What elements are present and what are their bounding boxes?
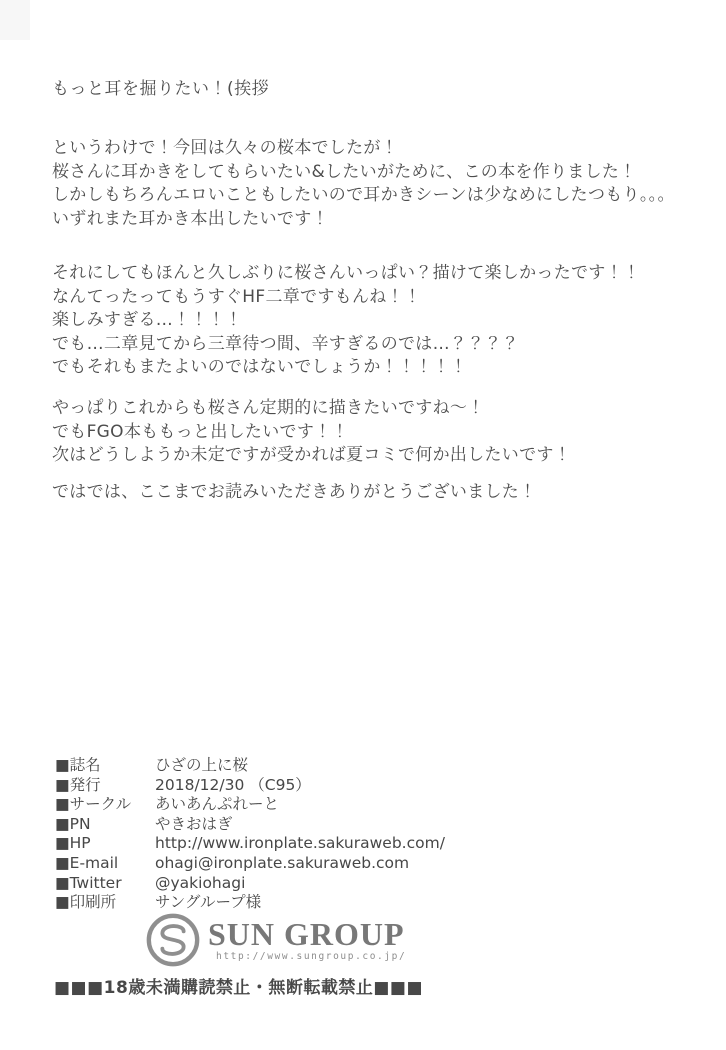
colophon-value: 2018/12/30 （C95） bbox=[155, 776, 615, 796]
colophon-value-twitter-handle: @yakiohagi bbox=[155, 874, 615, 894]
closing-line: ではでは、ここまでお読みいただきありがとうございました！ bbox=[52, 481, 536, 504]
printer-logo-url: http://www.sungroup.co.jp/ bbox=[216, 951, 406, 962]
colophon-row-published: ■発行 2018/12/30 （C95） bbox=[55, 776, 615, 796]
afterword-paragraph-1: というわけで！今回は久々の桜本でしたが！ 桜さんに耳かきをしてもらいたい&したい… bbox=[52, 137, 675, 231]
colophon-value: やきおはぎ bbox=[155, 815, 615, 835]
colophon: ■誌名 ひざの上に桜 ■発行 2018/12/30 （C95） ■サークル あい… bbox=[55, 756, 615, 913]
colophon-value: サングループ様 bbox=[155, 893, 615, 913]
printer-logo: SUN GROUP http://www.sungroup.co.jp/ bbox=[144, 911, 406, 969]
greeting-line: もっと耳を掘りたい！(挨拶 bbox=[52, 78, 269, 101]
colophon-label: ■発行 bbox=[55, 776, 155, 796]
age-restriction-warning: ■■■18歳未満購読禁止・無断転載禁止■■■ bbox=[54, 973, 423, 998]
printer-logo-name: SUN GROUP bbox=[208, 918, 406, 950]
colophon-row-email: ■E-mail ohagi@ironplate.sakuraweb.com bbox=[55, 854, 615, 874]
afterword-paragraph-3: やっぱりこれからも桜さん定期的に描きたいですね〜！ でもFGO本ももっと出したい… bbox=[52, 397, 571, 468]
sun-group-emblem-icon bbox=[144, 911, 202, 969]
colophon-label: ■E-mail bbox=[55, 854, 155, 874]
colophon-value-homepage-url: http://www.ironplate.sakuraweb.com/ bbox=[155, 834, 615, 854]
scan-artifact bbox=[0, 0, 30, 40]
colophon-label: ■誌名 bbox=[55, 756, 155, 776]
colophon-row-circle: ■サークル あいあんぷれーと bbox=[55, 795, 615, 815]
colophon-row-homepage: ■HP http://www.ironplate.sakuraweb.com/ bbox=[55, 834, 615, 854]
colophon-value: ひざの上に桜 bbox=[155, 756, 615, 776]
colophon-row-title: ■誌名 ひざの上に桜 bbox=[55, 756, 615, 776]
afterword-paragraph-2: それにしてもほんと久しぶりに桜さんいっぱい？描けて楽しかったです！！ なんてった… bbox=[52, 262, 640, 380]
printer-logo-text: SUN GROUP http://www.sungroup.co.jp/ bbox=[208, 918, 406, 962]
colophon-label: ■Twitter bbox=[55, 874, 155, 894]
colophon-row-printer: ■印刷所 サングループ様 bbox=[55, 893, 615, 913]
afterword-page: もっと耳を掘りたい！(挨拶 というわけで！今回は久々の桜本でしたが！ 桜さんに耳… bbox=[0, 0, 726, 1050]
colophon-label: ■印刷所 bbox=[55, 893, 155, 913]
colophon-value: あいあんぷれーと bbox=[155, 795, 615, 815]
colophon-value-email-address: ohagi@ironplate.sakuraweb.com bbox=[155, 854, 615, 874]
colophon-label: ■PN bbox=[55, 815, 155, 835]
colophon-row-penname: ■PN やきおはぎ bbox=[55, 815, 615, 835]
colophon-label: ■サークル bbox=[55, 795, 155, 815]
colophon-label: ■HP bbox=[55, 834, 155, 854]
colophon-row-twitter: ■Twitter @yakiohagi bbox=[55, 874, 615, 894]
